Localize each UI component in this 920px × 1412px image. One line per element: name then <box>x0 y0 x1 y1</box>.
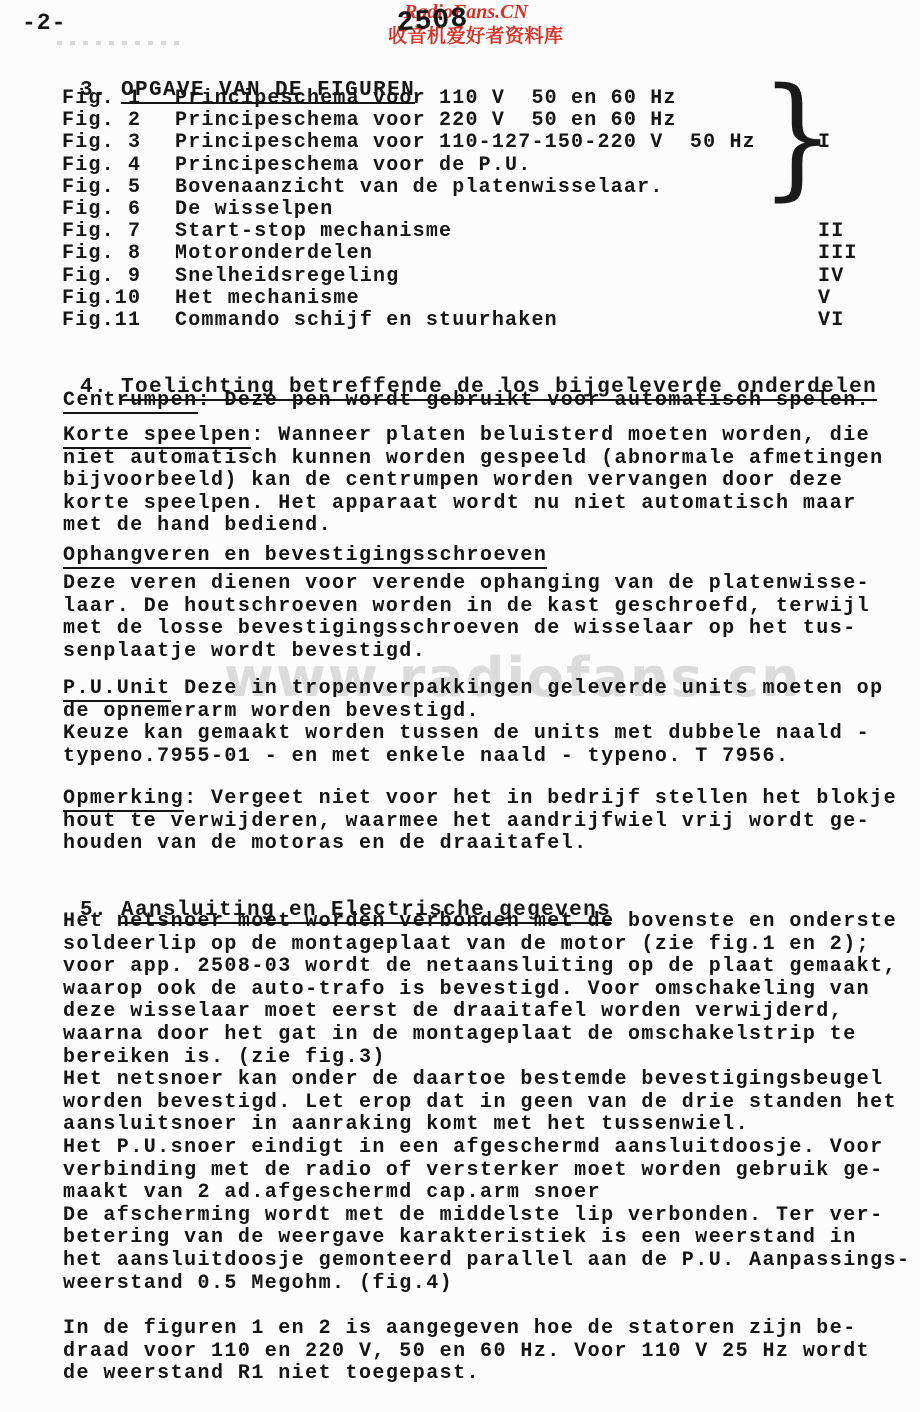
figure-label: Fig. 1 <box>62 87 175 109</box>
page-number: -2- <box>22 10 66 36</box>
paragraph-korte-speelpen: Korte speelpen: Wanneer platen beluister… <box>63 425 884 538</box>
ophangveren-title: Ophangveren en bevestigingsschroeven <box>63 544 547 569</box>
figure-desc: Principeschema voor de P.U. <box>175 154 818 176</box>
figure-sheet-numeral: VI <box>818 309 844 331</box>
figure-desc: Principeschema voor 110-127-150-220 V 50… <box>175 131 818 153</box>
figure-desc: Snelheidsregeling <box>175 265 818 287</box>
figure-sheet-numeral: III <box>818 242 858 264</box>
scan-artifact-dots <box>57 41 187 45</box>
pu-unit-text: Deze in tropenverpakkingen geleverde uni… <box>63 677 884 768</box>
figure-label: Fig.10 <box>62 287 175 309</box>
figure-row: Fig. 6De wisselpen <box>62 198 858 220</box>
figure-desc: De wisselpen <box>175 198 818 220</box>
centrumpen-lead: Centrumpen <box>63 389 198 414</box>
figure-row: Fig.11Commando schijf en stuurhakenVI <box>62 309 858 331</box>
figure-row: Fig. 8MotoronderdelenIII <box>62 242 858 264</box>
figure-desc: Start-stop mechanisme <box>175 220 818 242</box>
figure-label: Fig.11 <box>62 309 175 331</box>
document-code: 2508 <box>396 4 469 40</box>
figure-label: Fig. 3 <box>62 131 175 153</box>
figure-list: Fig. 1Principeschema voor 110 V 50 en 60… <box>62 87 858 331</box>
korte-speelpen-lead: Korte speelpen <box>63 424 251 449</box>
statoren-text: In de figuren 1 en 2 is aangegeven hoe d… <box>63 1317 870 1385</box>
centrumpen-text: : Deze pen wordt gebruikt voor automatis… <box>198 389 871 412</box>
figure-row: Fig. 5Bovenaanzicht van de platenwissela… <box>62 176 858 198</box>
figure-row: Fig. 9SnelheidsregelingIV <box>62 265 858 287</box>
figure-label: Fig. 2 <box>62 109 175 131</box>
pu-unit-lead: P.U.Unit <box>63 677 171 702</box>
paragraph-pu-unit: P.U.Unit Deze in tropenverpakkingen gele… <box>63 678 884 768</box>
opmerking-lead: Opmerking <box>63 787 184 812</box>
ophangveren-text: Deze veren dienen voor verende ophanging… <box>63 572 870 663</box>
figure-label: Fig. 6 <box>62 198 175 220</box>
figure-row: Fig. 3Principeschema voor 110-127-150-22… <box>62 131 858 153</box>
figure-desc: Bovenaanzicht van de platenwisselaar. <box>175 176 818 198</box>
paragraph-ophangveren: Deze veren dienen voor verende ophanging… <box>63 573 870 663</box>
scanned-manual-page: -2- RadioFans.CN 收音机爱好者资料库 2508 www.radi… <box>0 0 920 1412</box>
figure-row: Fig. 4Principeschema voor de P.U. <box>62 154 858 176</box>
opmerking-text: : Vergeet niet voor het in bedrijf stell… <box>63 787 897 855</box>
figure-row: Fig. 7Start-stop mechanismeII <box>62 220 858 242</box>
figure-desc: Principeschema voor 110 V 50 en 60 Hz <box>175 87 818 109</box>
paragraph-statoren: In de figuren 1 en 2 is aangegeven hoe d… <box>63 1318 870 1386</box>
paragraph-centrumpen: Centrumpen: Deze pen wordt gebruikt voor… <box>63 390 870 413</box>
figure-row: Fig.10Het mechanismeV <box>62 287 858 309</box>
figure-group-brace: } <box>760 70 835 202</box>
figure-desc: Principeschema voor 220 V 50 en 60 Hz <box>175 109 818 131</box>
figure-desc: Het mechanisme <box>175 287 818 309</box>
figure-label: Fig. 5 <box>62 176 175 198</box>
figure-sheet-numeral: IV <box>818 265 844 287</box>
figure-row: Fig. 2Principeschema voor 220 V 50 en 60… <box>62 109 858 131</box>
figure-row: Fig. 1Principeschema voor 110 V 50 en 60… <box>62 87 858 109</box>
figure-sheet-numeral: V <box>818 287 831 309</box>
aansluiting-text: Het netsnoer moet worden verbonden met d… <box>63 910 910 1295</box>
paragraph-aansluiting: Het netsnoer moet worden verbonden met d… <box>63 911 910 1295</box>
figure-label: Fig. 4 <box>62 154 175 176</box>
figure-label: Fig. 9 <box>62 265 175 287</box>
heading-ophangveren: Ophangveren en bevestigingsschroeven <box>63 545 547 568</box>
figure-label: Fig. 8 <box>62 242 175 264</box>
paragraph-opmerking: Opmerking: Vergeet niet voor het in bedr… <box>63 788 897 856</box>
figure-desc: Commando schijf en stuurhaken <box>175 309 818 331</box>
figure-label: Fig. 7 <box>62 220 175 242</box>
figure-sheet-numeral: II <box>818 220 844 242</box>
figure-desc: Motoronderdelen <box>175 242 818 264</box>
